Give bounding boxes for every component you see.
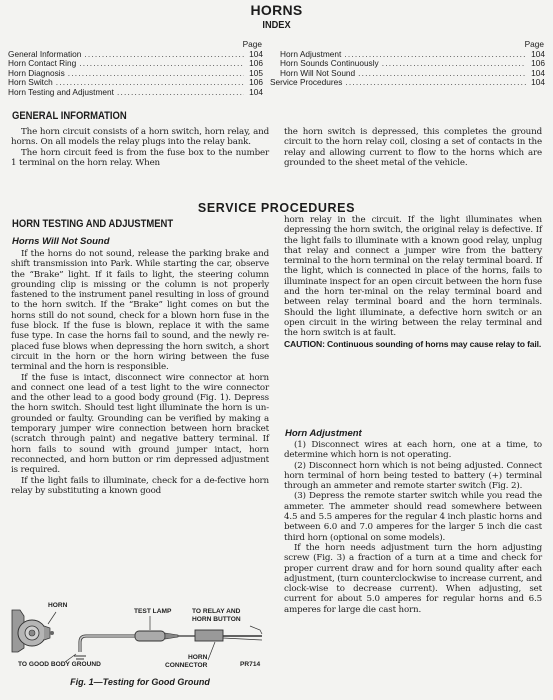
figure-testing-for-good-ground: HORN TEST LAMP TO RELAY AND HORN BUTTON …: [10, 602, 272, 672]
page-title: HORNS: [0, 2, 553, 18]
figure-label-connector: HORN CONNECTOR: [165, 654, 207, 669]
will-not-sound-continued: horn relay in the circuit. If the light …: [284, 215, 542, 349]
index-entry[interactable]: Service Procedures104: [270, 78, 545, 88]
will-not-sound-text: If the horns do not sound, release the p…: [11, 249, 269, 496]
paragraph: If the fuse is intact, disconnect wire c…: [11, 373, 269, 476]
horn-testing-heading: HORN TESTING AND ADJUSTMENT: [12, 218, 173, 230]
paragraph: The horn circuit consists of a horn swit…: [11, 127, 269, 148]
horn-adjustment-heading: Horn Adjustment: [285, 428, 362, 439]
paragraph: If the horns do not sound, release the p…: [11, 249, 269, 373]
figure-label-ground: TO GOOD BODY GROUND: [18, 661, 101, 669]
horn-adjustment-text: (1) Disconnect wires at each horn, one a…: [284, 440, 542, 615]
manual-page: HORNS INDEX Page General Information104 …: [0, 0, 553, 700]
figure-label-code: PR714: [240, 661, 260, 669]
general-information-heading: GENERAL INFORMATION: [12, 110, 127, 122]
paragraph: (2) Disconnect horn which is not being a…: [284, 461, 542, 492]
general-information-right: the horn switch is depressed, this compl…: [284, 127, 542, 168]
paragraph: the horn switch is depressed, this compl…: [284, 127, 542, 168]
paragraph: If the light fails to illuminate, check …: [11, 476, 269, 497]
paragraph: If the horn needs adjustment turn the ho…: [284, 543, 542, 615]
paragraph: The horn circuit feed is from the fuse b…: [11, 148, 269, 169]
figure-label-horn: HORN: [48, 602, 67, 610]
caution-note: CAUTION: Continuous sounding of horns ma…: [284, 339, 542, 349]
index-left-column: Page General Information104 Horn Contact…: [8, 40, 263, 98]
paragraph: (3) Depress the remote starter switch wh…: [284, 491, 542, 542]
service-procedures-banner: SERVICE PROCEDURES: [0, 201, 553, 215]
figure-label-to-relay: TO RELAY AND HORN BUTTON: [192, 608, 241, 623]
paragraph: horn relay in the circuit. If the light …: [284, 215, 542, 339]
index-title: INDEX: [33, 19, 520, 31]
horns-will-not-sound-heading: Horns Will Not Sound: [12, 236, 110, 247]
figure-caption: Fig. 1—Testing for Good Ground: [0, 677, 280, 687]
general-information-left: The horn circuit consists of a horn swit…: [11, 127, 269, 168]
paragraph: (1) Disconnect wires at each horn, one a…: [284, 440, 542, 461]
index-right-column: Page Horn Adjustment104 Horn Sounds Cont…: [270, 40, 545, 88]
figure-label-test-lamp: TEST LAMP: [134, 608, 171, 616]
index-entry[interactable]: Horn Testing and Adjustment104: [8, 88, 263, 98]
